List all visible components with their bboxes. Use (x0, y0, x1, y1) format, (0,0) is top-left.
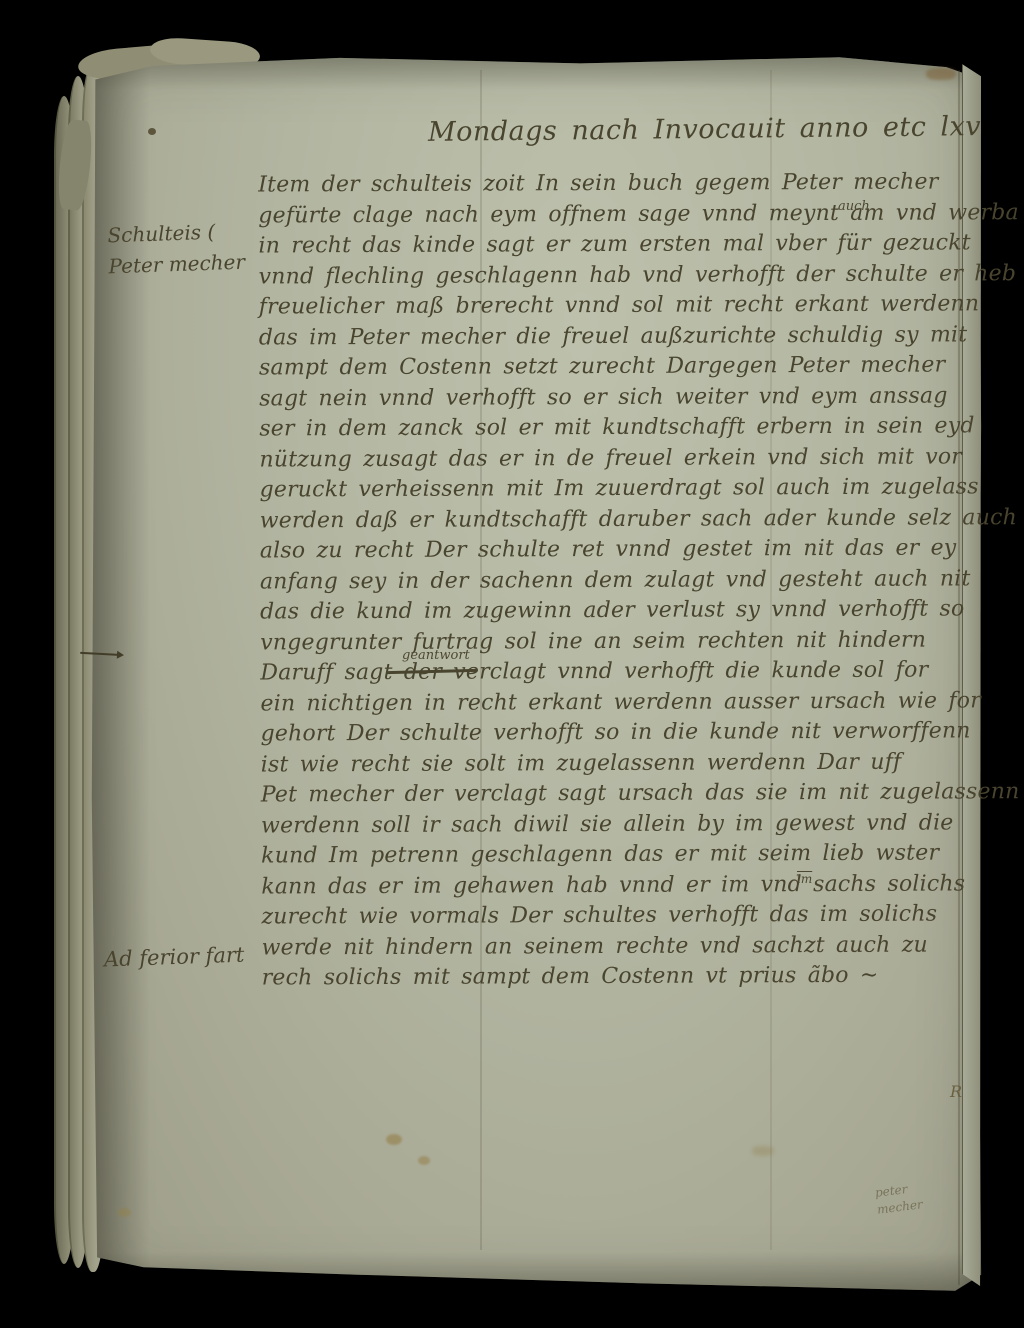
manuscript-line: Pet mecher der verclagt sagt ursach das … (261, 778, 1020, 809)
manuscript-line: vngegrunter furtrag sol ine an seim rech… (260, 626, 926, 657)
manuscript-line: werde nit hindern an seinem rechte vnd s… (261, 931, 927, 962)
case-label-plaintiff: Schulteis ( (107, 216, 244, 252)
manuscript-line: werdenn soll ir sach diwil sie allein by… (261, 809, 954, 840)
stain (752, 1146, 774, 1156)
stain (926, 68, 956, 80)
manuscript-line: freuelicher maß brerecht vnnd sol mit re… (259, 290, 980, 321)
ink-dash-arrowhead (117, 651, 124, 659)
manuscript-line: das die kund im zugewinn ader verlust sy… (260, 595, 964, 626)
interlinear-correction-im: im (797, 872, 812, 886)
margin-note-deferral: Ad ferior fart (104, 940, 245, 976)
edge-letter-mark: R (950, 1082, 962, 1101)
interlinear-correction-geantwort: geantwort (402, 648, 470, 663)
manuscript-line: kund Im petrenn geschlagenn das er mit s… (261, 840, 939, 871)
manuscript-line: anfang sey in der sachenn dem zulagt vnd… (260, 565, 971, 596)
stain (118, 1208, 131, 1217)
stain (386, 1134, 402, 1145)
manuscript-line: in recht das kinde sagt er zum ersten ma… (258, 229, 970, 260)
stain (418, 1156, 430, 1165)
manuscript-line: ist wie recht sie solt im zugelassenn we… (261, 748, 902, 779)
manuscript-line: gehort Der schulte verhofft so in die ku… (261, 717, 971, 748)
manuscript-line: kann das er im gehawen hab vnnd er im vn… (261, 870, 965, 901)
manuscript-line: das im Peter mecher die freuel außzurich… (259, 321, 967, 352)
margin-note-case-label: Schulteis ( Peter mecher (107, 216, 246, 283)
manuscript-line: sampt dem Costenn setzt zurecht Dargegen… (259, 351, 945, 382)
page-shading (90, 1252, 982, 1292)
manuscript-line: Item der schulteis zoit In sein buch geg… (258, 169, 938, 200)
case-label-defendant: Peter mecher (108, 247, 245, 283)
manuscript-line: geruckt verheissenn mit Im zuuerdragt so… (260, 473, 979, 504)
interlinear-correction-auch: auch (838, 199, 870, 214)
manuscript-line: also zu recht Der schulte ret vnnd geste… (260, 534, 957, 565)
manuscript-line: sagt nein vnnd verhofft so er sich weite… (259, 382, 948, 413)
manuscript-line: zurecht wie vormals Der schultes verhoff… (261, 901, 937, 932)
manuscript-line: gefürte clage nach eym offnem sage vnnd … (258, 199, 1019, 230)
manuscript-line: ein nichtigen in recht erkant werdenn au… (260, 687, 981, 718)
corner-note: peter mecher (874, 1179, 924, 1218)
manuscript-line: vnnd flechling geschlagenn hab vnd verho… (259, 260, 1017, 291)
wormhole-dot (148, 128, 156, 135)
manuscript-line: ser in dem zanck sol er mit kundtschafft… (259, 412, 974, 443)
text-block: Item der schulteis zoit In sein buch geg… (258, 169, 942, 1012)
date-heading: Mondags nach Invocauit anno etc lxv (428, 111, 981, 148)
manuscript-photo: Mondags nach Invocauit anno etc lxv Item… (0, 0, 1024, 1328)
manuscript-line: Daruff sagt der verclagt vnnd verhofft d… (260, 657, 928, 688)
manuscript-line: nützung zusagt das er in de freuel erkei… (259, 443, 962, 474)
manuscript-line: rech solichs mit sampt dem Costenn vt pr… (262, 962, 879, 993)
manuscript-line: werden daß er kundtschafft daruber sach … (260, 504, 1017, 535)
